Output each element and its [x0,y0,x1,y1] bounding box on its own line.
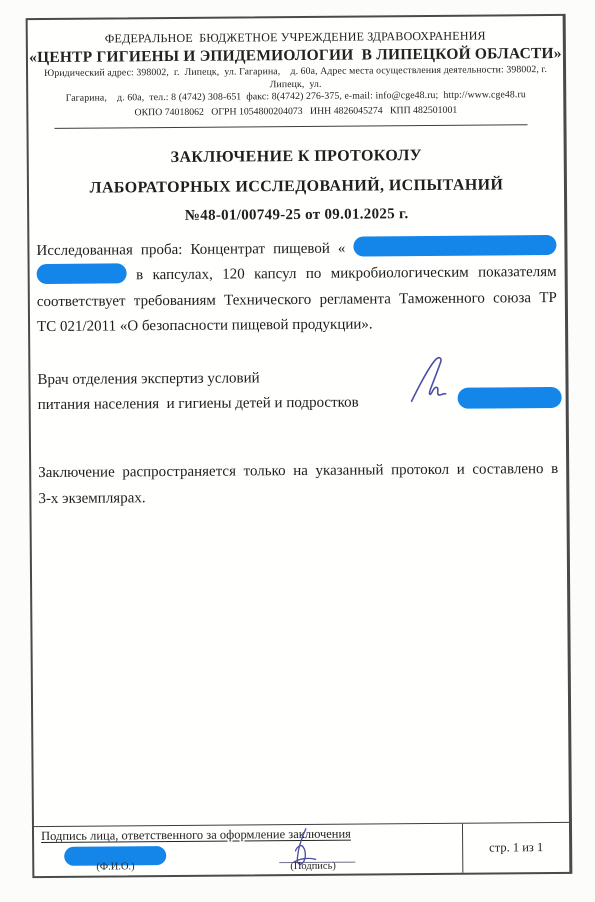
signatory-block: Врач отделения экспертиз условий питания… [37,363,557,418]
header-separator [54,124,527,129]
page-number-cell: стр. 1 из 1 [462,823,569,873]
redaction-bar [37,263,127,284]
redaction-bar [353,234,556,256]
signature-caption: (Подпись) [290,861,336,872]
footer-strip: Подпись лица, ответственного за оформлен… [34,822,569,876]
scanned-document-view: ФЕДЕРАЛЬНОЕ БЮДЖЕТНОЕ УЧРЕЖДЕНИЕ ЗДРАВОО… [0,0,595,902]
clerk-signature-stroke [293,829,315,865]
sample-line-2: в капсулах, 120 капсул по микробиологиче… [37,260,557,290]
sample-paragraph: Исследованная проба: Концентрат пищевой … [36,234,557,340]
closing-paragraph: Заключение распространяется только на ук… [38,455,558,512]
sample-line-1-text: Исследованная проба: Концентрат пищевой … [36,240,345,258]
closing-line-2: 3-х экземплярах. [38,482,558,513]
protocol-number: №48-01/00749-25 от 09.01.2025 г. [29,199,564,230]
document-title: ЗАКЛЮЧЕНИЕ К ПРОТОКОЛУ ЛАБОРАТОРНЫХ ИССЛ… [29,139,565,230]
doc-title-line-2: ЛАБОРАТОРНЫХ ИССЛЕДОВАНИЙ, ИСПЫТАНИЙ [29,169,564,203]
sample-line-4: ТС 021/2011 «О безопасности пищевой прод… [37,311,557,341]
fio-caption: (Ф.И.О.) [96,861,134,872]
closing-line-1: Заключение распространяется только на ук… [38,455,558,486]
sample-line-3: соответствует требованиям Технического р… [37,285,557,315]
doctor-signature [405,354,449,404]
sample-line-2-text: в капсулах, 120 капсул по микробиологиче… [136,264,557,283]
redaction-bar [458,386,562,408]
doc-title-line-1: ЗАКЛЮЧЕНИЕ К ПРОТОКОЛУ [29,139,564,173]
doctor-signature-stroke [411,357,445,400]
page-number: стр. 1 из 1 [489,840,543,855]
footer-signature-cell: Подпись лица, ответственного за оформлен… [34,824,462,876]
document-page: ФЕДЕРАЛЬНОЕ БЮДЖЕТНОЕ УЧРЕЖДЕНИЕ ЗДРАВОО… [26,14,573,878]
org-header: ФЕДЕРАЛЬНОЕ БЮДЖЕТНОЕ УЧРЕЖДЕНИЕ ЗДРАВОО… [28,16,564,120]
